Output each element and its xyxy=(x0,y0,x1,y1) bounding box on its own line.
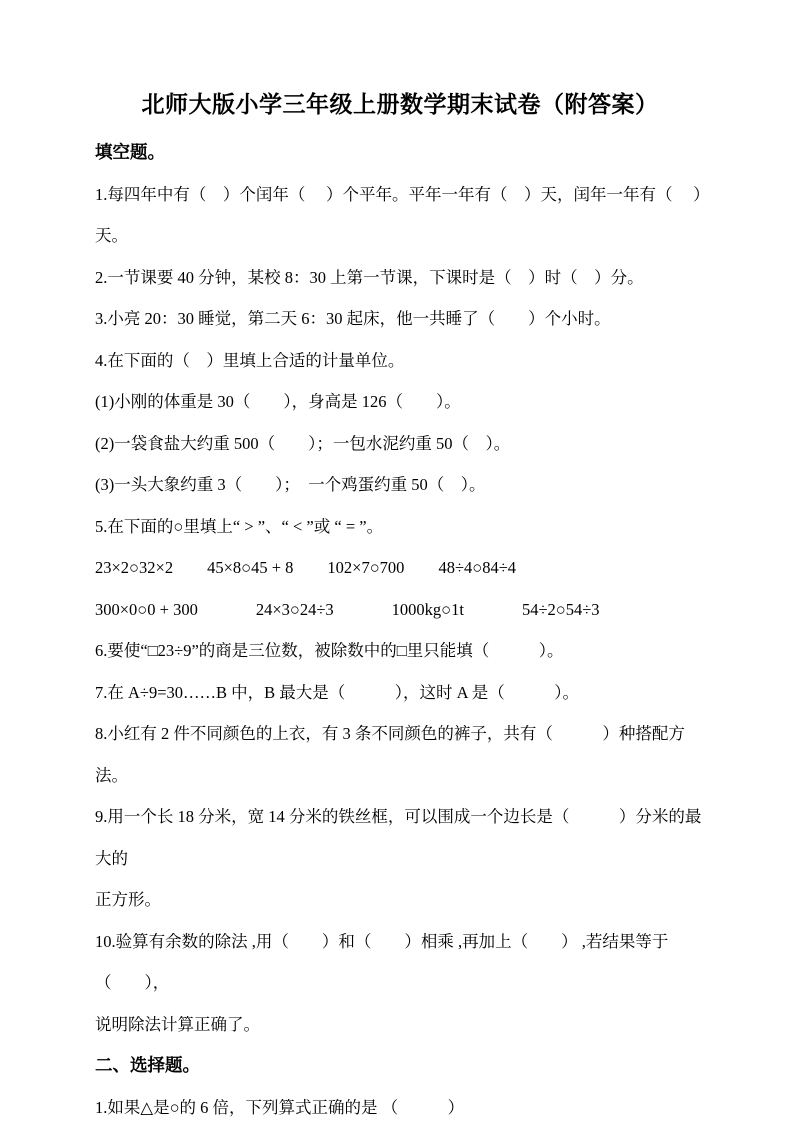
question-2: 2.一节课要 40 分钟，某校 8：30 上第一节课，下课时是（ ）时（ ）分。 xyxy=(95,257,705,299)
expression-compare: 102×7○700 xyxy=(327,547,404,589)
expression-compare: 1000kg○1t xyxy=(392,589,464,631)
expression-compare: 48÷4○84÷4 xyxy=(438,547,516,589)
question-5-expression-row-1: 23×2○32×2 45×8○45 + 8 102×7○700 48÷4○84÷… xyxy=(95,547,705,589)
question-1-line-2: 天。 xyxy=(95,215,705,257)
question-6: 6.要使“□23÷9”的商是三位数，被除数中的□里只能填（ ）。 xyxy=(95,630,705,672)
question-10-line-1: 10.验算有余数的除法 ,用（ ）和（ ）相乘 ,再加上（ ） ,若结果等于（ … xyxy=(95,921,705,1004)
section-heading-choice: 二、选择题。 xyxy=(95,1045,705,1087)
question-4: 4.在下面的（ ）里填上合适的计量单位。 xyxy=(95,340,705,382)
expression-compare: 24×3○24÷3 xyxy=(256,589,334,631)
page-title: 北师大版小学三年级上册数学期末试卷（附答案） xyxy=(95,88,705,120)
question-9-line-1: 9.用一个长 18 分米，宽 14 分米的铁丝框，可以围成一个边长是（ ）分米的… xyxy=(95,796,705,879)
section-heading-fill: 填空题。 xyxy=(95,132,705,174)
question-3: 3.小亮 20：30 睡觉，第二天 6：30 起床，他一共睡了（ ）个小时。 xyxy=(95,298,705,340)
question-10-line-2: 说明除法计算正确了。 xyxy=(95,1004,705,1046)
choice-question-1: 1.如果△是○的 6 倍，下列算式正确的是 （ ） xyxy=(95,1087,705,1122)
expression-compare: 300×0○0 + 300 xyxy=(95,589,198,631)
question-5: 5.在下面的○里填上“ > ”、“ < ”或 “ = ”。 xyxy=(95,506,705,548)
question-4-sub-2: (2)一袋食盐大约重 500（ ）；一包水泥约重 50（ ）。 xyxy=(95,423,705,465)
question-9-line-2: 正方形。 xyxy=(95,879,705,921)
expression-compare: 23×2○32×2 xyxy=(95,547,173,589)
expression-compare: 45×8○45 + 8 xyxy=(207,547,293,589)
exam-page: 北师大版小学三年级上册数学期末试卷（附答案） 填空题。 1.每四年中有（ ）个闰… xyxy=(0,0,793,1122)
question-8: 8.小红有 2 件不同颜色的上衣，有 3 条不同颜色的裤子，共有（ ）种搭配方法… xyxy=(95,713,705,796)
question-4-sub-3: (3)一头大象约重 3（ ）； 一个鸡蛋约重 50（ ）。 xyxy=(95,464,705,506)
question-7: 7.在 A÷9=30……B 中，B 最大是（ ），这时 A 是（ ）。 xyxy=(95,672,705,714)
question-4-sub-1: (1)小刚的体重是 30（ ），身高是 126（ ）。 xyxy=(95,381,705,423)
question-5-expression-row-2: 300×0○0 + 300 24×3○24÷3 1000kg○1t 54÷2○5… xyxy=(95,589,705,631)
expression-compare: 54÷2○54÷3 xyxy=(522,589,600,631)
question-1-line-1: 1.每四年中有（ ）个闰年（ ）个平年。平年一年有（ ）天，闰年一年有（ ） xyxy=(95,174,705,216)
